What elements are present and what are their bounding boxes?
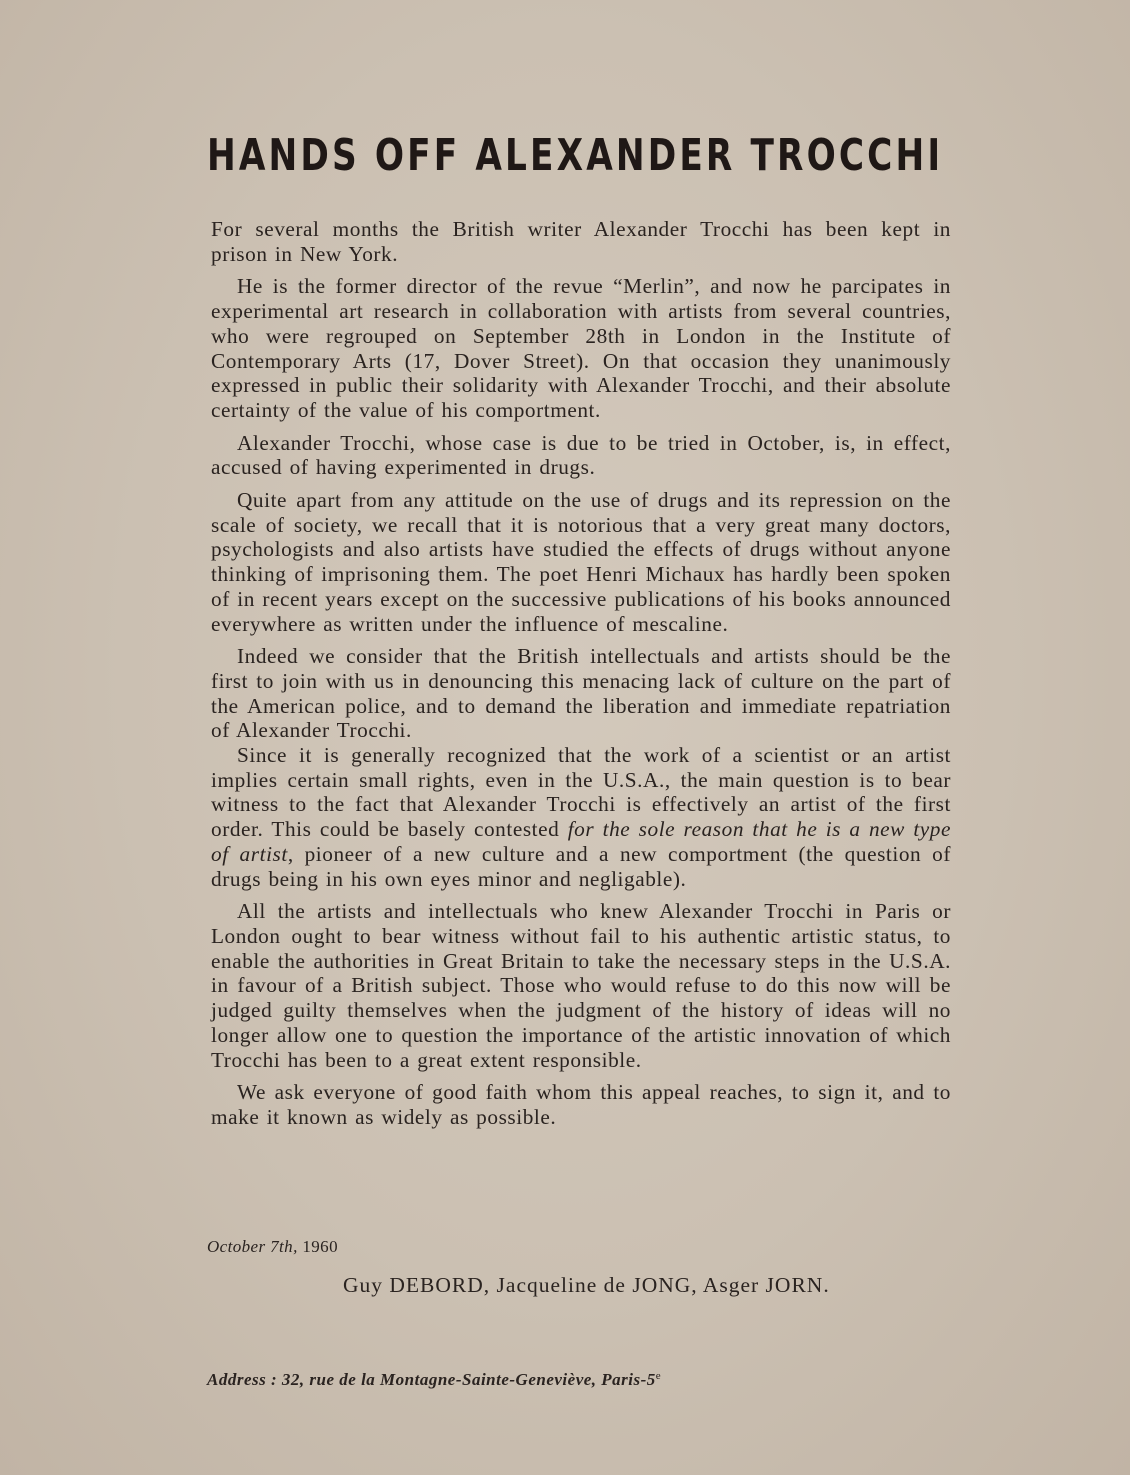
paragraph-6: Since it is generally recognized that th…	[211, 743, 951, 891]
paragraph-6-text-end: , pioneer of a new culture and a new com…	[211, 842, 951, 891]
paragraph-8: We ask everyone of good faith whom this …	[211, 1080, 951, 1129]
paragraph-3: Alexander Trocchi, whose case is due to …	[211, 431, 951, 480]
signatories: Guy DEBORD, Jacqueline de JONG, Asger JO…	[343, 1273, 949, 1298]
paragraph-7: All the artists and intellectuals who kn…	[211, 899, 951, 1072]
document-date: October 7th, 1960	[207, 1237, 338, 1257]
address-street: rue de la Montagne-Sainte-Geneviève, Par…	[305, 1370, 656, 1389]
address-label: Address : 32,	[207, 1370, 305, 1389]
address-superscript: e	[656, 1370, 661, 1382]
address-line: Address : 32, rue de la Montagne-Sainte-…	[207, 1370, 661, 1390]
paragraph-2: He is the former director of the revue “…	[211, 274, 951, 422]
paragraph-1: For several months the British writer Al…	[211, 217, 951, 266]
paragraph-4: Quite apart from any attitude on the use…	[211, 488, 951, 636]
date-year: 1960	[298, 1237, 338, 1256]
date-italic: October 7th,	[207, 1237, 298, 1256]
document-title: HANDS OFF ALEXANDER TROCCHI	[207, 126, 800, 186]
document-page: HANDS OFF ALEXANDER TROCCHI For several …	[0, 0, 1130, 1475]
paragraph-5: Indeed we consider that the British inte…	[211, 644, 951, 743]
document-body: For several months the British writer Al…	[211, 217, 951, 1130]
